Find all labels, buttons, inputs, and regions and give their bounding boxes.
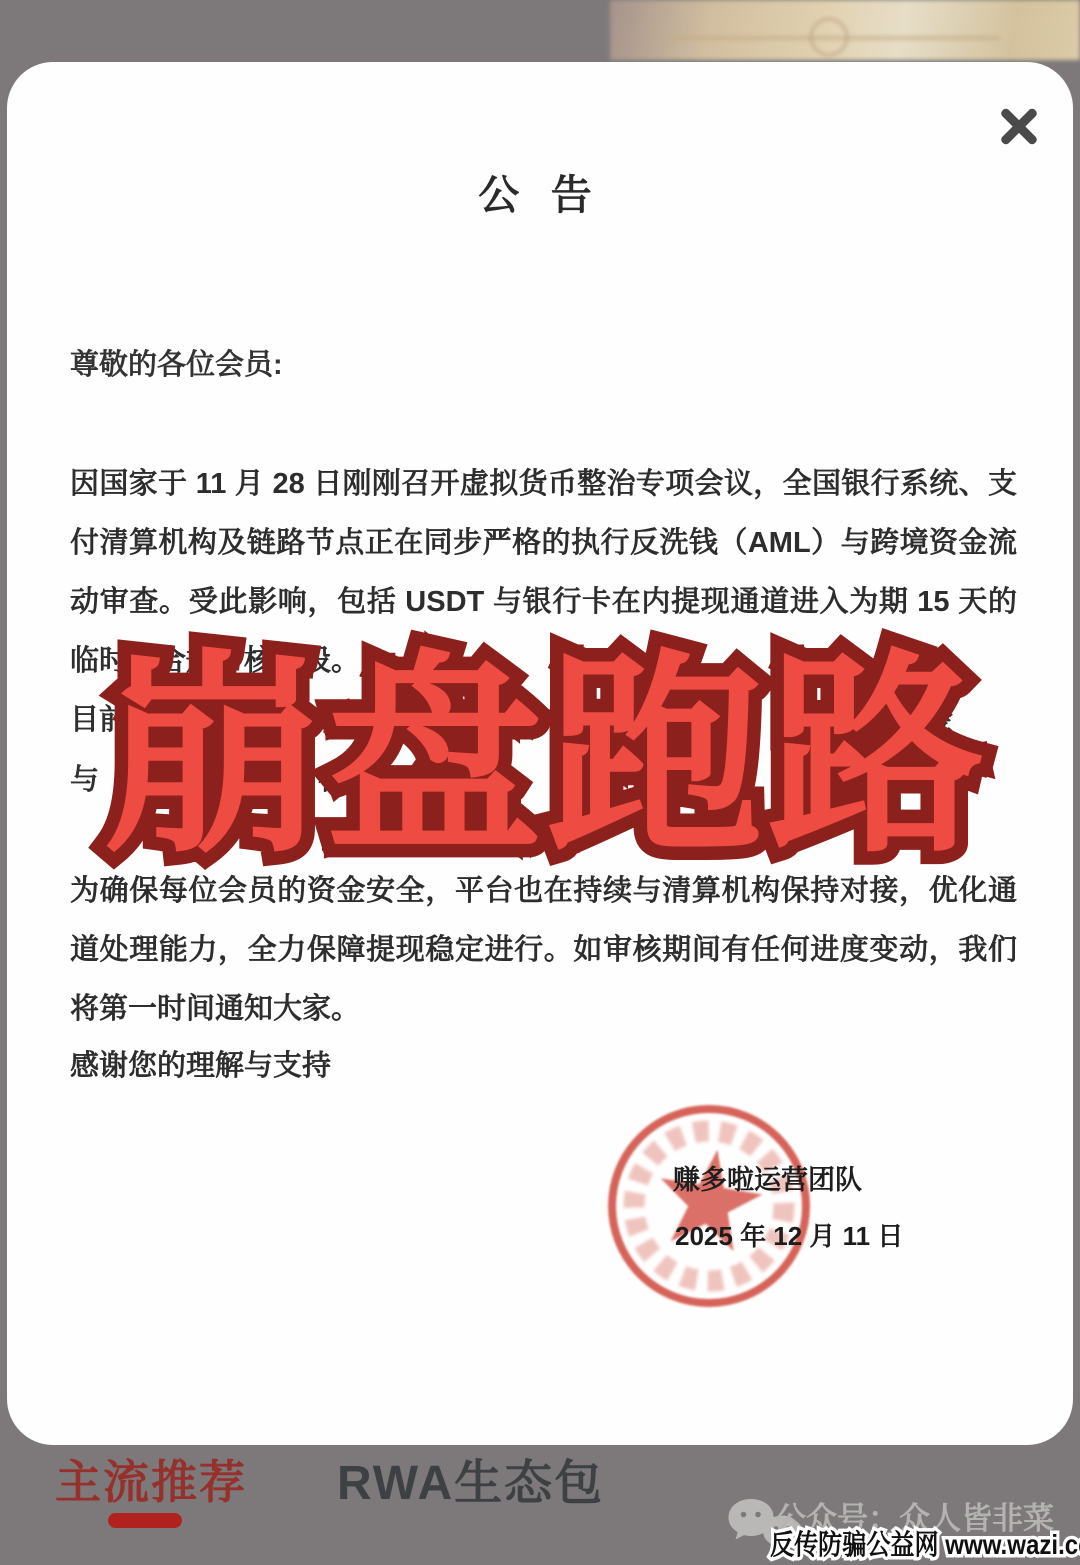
red-seal-stamp bbox=[603, 1100, 815, 1312]
greeting-text: 尊敬的各位会员: bbox=[70, 342, 283, 383]
modal-title: 公 告 bbox=[7, 162, 1073, 221]
hidden-paragraph-fragment: 在 bbox=[318, 757, 347, 798]
close-button[interactable] bbox=[995, 102, 1043, 150]
active-tab-indicator bbox=[108, 1513, 182, 1528]
banknote-circle-decoration bbox=[810, 18, 848, 56]
seal-team-name: 赚多啦运营团队 bbox=[673, 1158, 873, 1197]
announcement-paragraph-3: 为确保每位会员的资金安全，平台也在持续与清算机构保持对接，优化通道处理能力，全力… bbox=[70, 862, 1017, 1039]
tab-rwa-eco-package[interactable]: RWA生态包 bbox=[337, 1444, 604, 1513]
tab-mainstream-recommend[interactable]: 主流推荐 bbox=[55, 1446, 247, 1512]
background-banknote-image bbox=[610, 0, 1080, 60]
hidden-paragraph-fragment: 与 bbox=[70, 757, 99, 798]
hidden-paragraph-fragment: 本金 bbox=[895, 697, 953, 738]
hidden-paragraph-fragment: 目前 bbox=[70, 697, 128, 738]
announcement-modal: 公 告 尊敬的各位会员: 因国家于 11 月 28 日刚刚召开虚拟货币整治专项会… bbox=[7, 62, 1073, 1445]
site-watermark-text: 反传防骗公益网 www.wazi.cc bbox=[770, 1523, 1080, 1563]
anti-fraud-site-watermark: 反传防骗公益网 www.wazi.cc 反传防骗公益网 www.wazi.cc bbox=[770, 1523, 1080, 1563]
seal-date: 2025 年 12 月 11 日 bbox=[675, 1216, 905, 1253]
announcement-paragraph-1: 因国家于 11 月 28 日刚刚召开虚拟货币整治专项会议，全国银行系统、支付清算… bbox=[70, 455, 1017, 691]
thanks-text: 感谢您的理解与支持 bbox=[70, 1043, 331, 1084]
